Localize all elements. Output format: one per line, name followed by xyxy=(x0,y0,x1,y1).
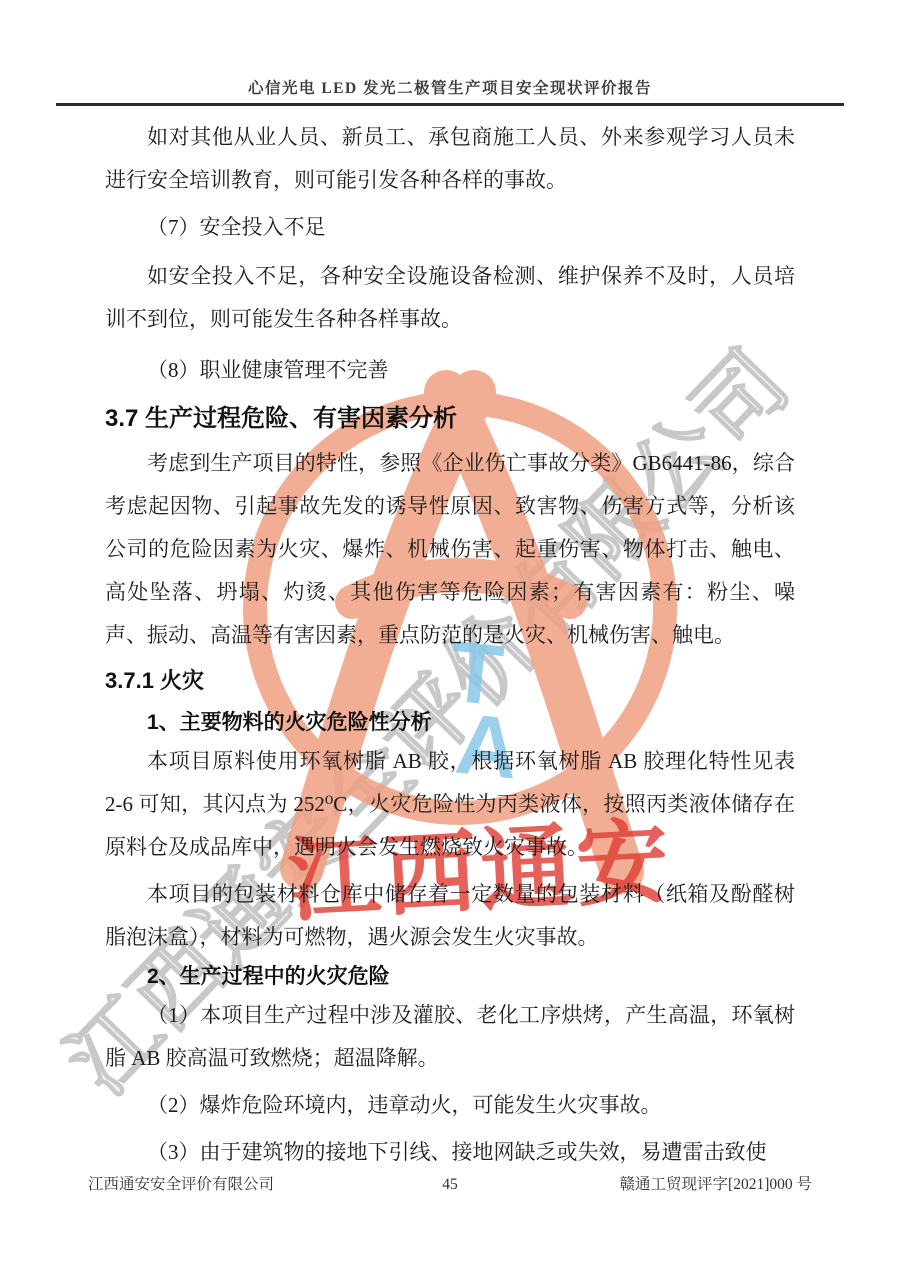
document-page: 江西通安全评价有限公司 T A 江西通安 心信光电 LED 发光二极管生产项目安… xyxy=(0,0,900,1272)
header-rule xyxy=(56,103,844,106)
footer-page-number: 45 xyxy=(329,1176,570,1194)
item-7-heading: （7）安全投入不足 xyxy=(105,206,795,249)
paragraph-item-2: （2）爆炸危险环境内，违章动火，可能发生火灾事故。 xyxy=(105,1084,795,1127)
section-heading-3-7-1: 3.7.1 火灾 xyxy=(105,665,795,697)
subheading-material-fire-risk: 1、主要物料的火灾危险性分析 xyxy=(105,705,795,740)
paragraph-training: 如对其他从业人员、新员工、承包商施工人员、外来参观学习人员未进行安全培训教育，则… xyxy=(105,116,795,202)
paragraph-epoxy-ab: 本项目原料使用环氧树脂 AB 胶，根据环氧树脂 AB 胶理化特性见表 2-6 可… xyxy=(105,740,795,869)
paragraph-item-1: （1）本项目生产过程中涉及灌胶、老化工序烘烤，产生高温，环氧树脂 AB 胶高温可… xyxy=(105,994,795,1080)
paragraph-hazard-analysis: 考虑到生产项目的特性，参照《企业伤亡事故分类》GB6441-86，综合考虑起因物… xyxy=(105,442,795,657)
section-heading-3-7: 3.7 生产过程危险、有害因素分析 xyxy=(105,402,795,436)
paragraph-item-3: （3）由于建筑物的接地下引线、接地网缺乏或失效，易遭雷击致使 xyxy=(105,1131,795,1174)
footer-document-number: 赣通工贸现评字[2021]000 号 xyxy=(571,1172,812,1194)
item-8-heading: （8）职业健康管理不完善 xyxy=(105,349,795,392)
subheading-process-fire-risk: 2、生产过程中的火灾危险 xyxy=(105,959,795,994)
document-body: 如对其他从业人员、新员工、承包商施工人员、外来参观学习人员未进行安全培训教育，则… xyxy=(105,116,795,1174)
paragraph-safety-investment: 如安全投入不足，各种安全设施设备检测、维护保养不及时，人员培训不到位，则可能发生… xyxy=(105,255,795,341)
page-header-title: 心信光电 LED 发光二极管生产项目安全现状评价报告 xyxy=(0,76,900,98)
footer-company-name: 江西通安安全评价有限公司 xyxy=(88,1172,329,1194)
page-footer: 江西通安安全评价有限公司 45 赣通工贸现评字[2021]000 号 xyxy=(88,1172,812,1194)
paragraph-packaging-material: 本项目的包装材料仓库中储存着一定数量的包装材料（纸箱及酚醛树脂泡沫盒），材料为可… xyxy=(105,873,795,959)
